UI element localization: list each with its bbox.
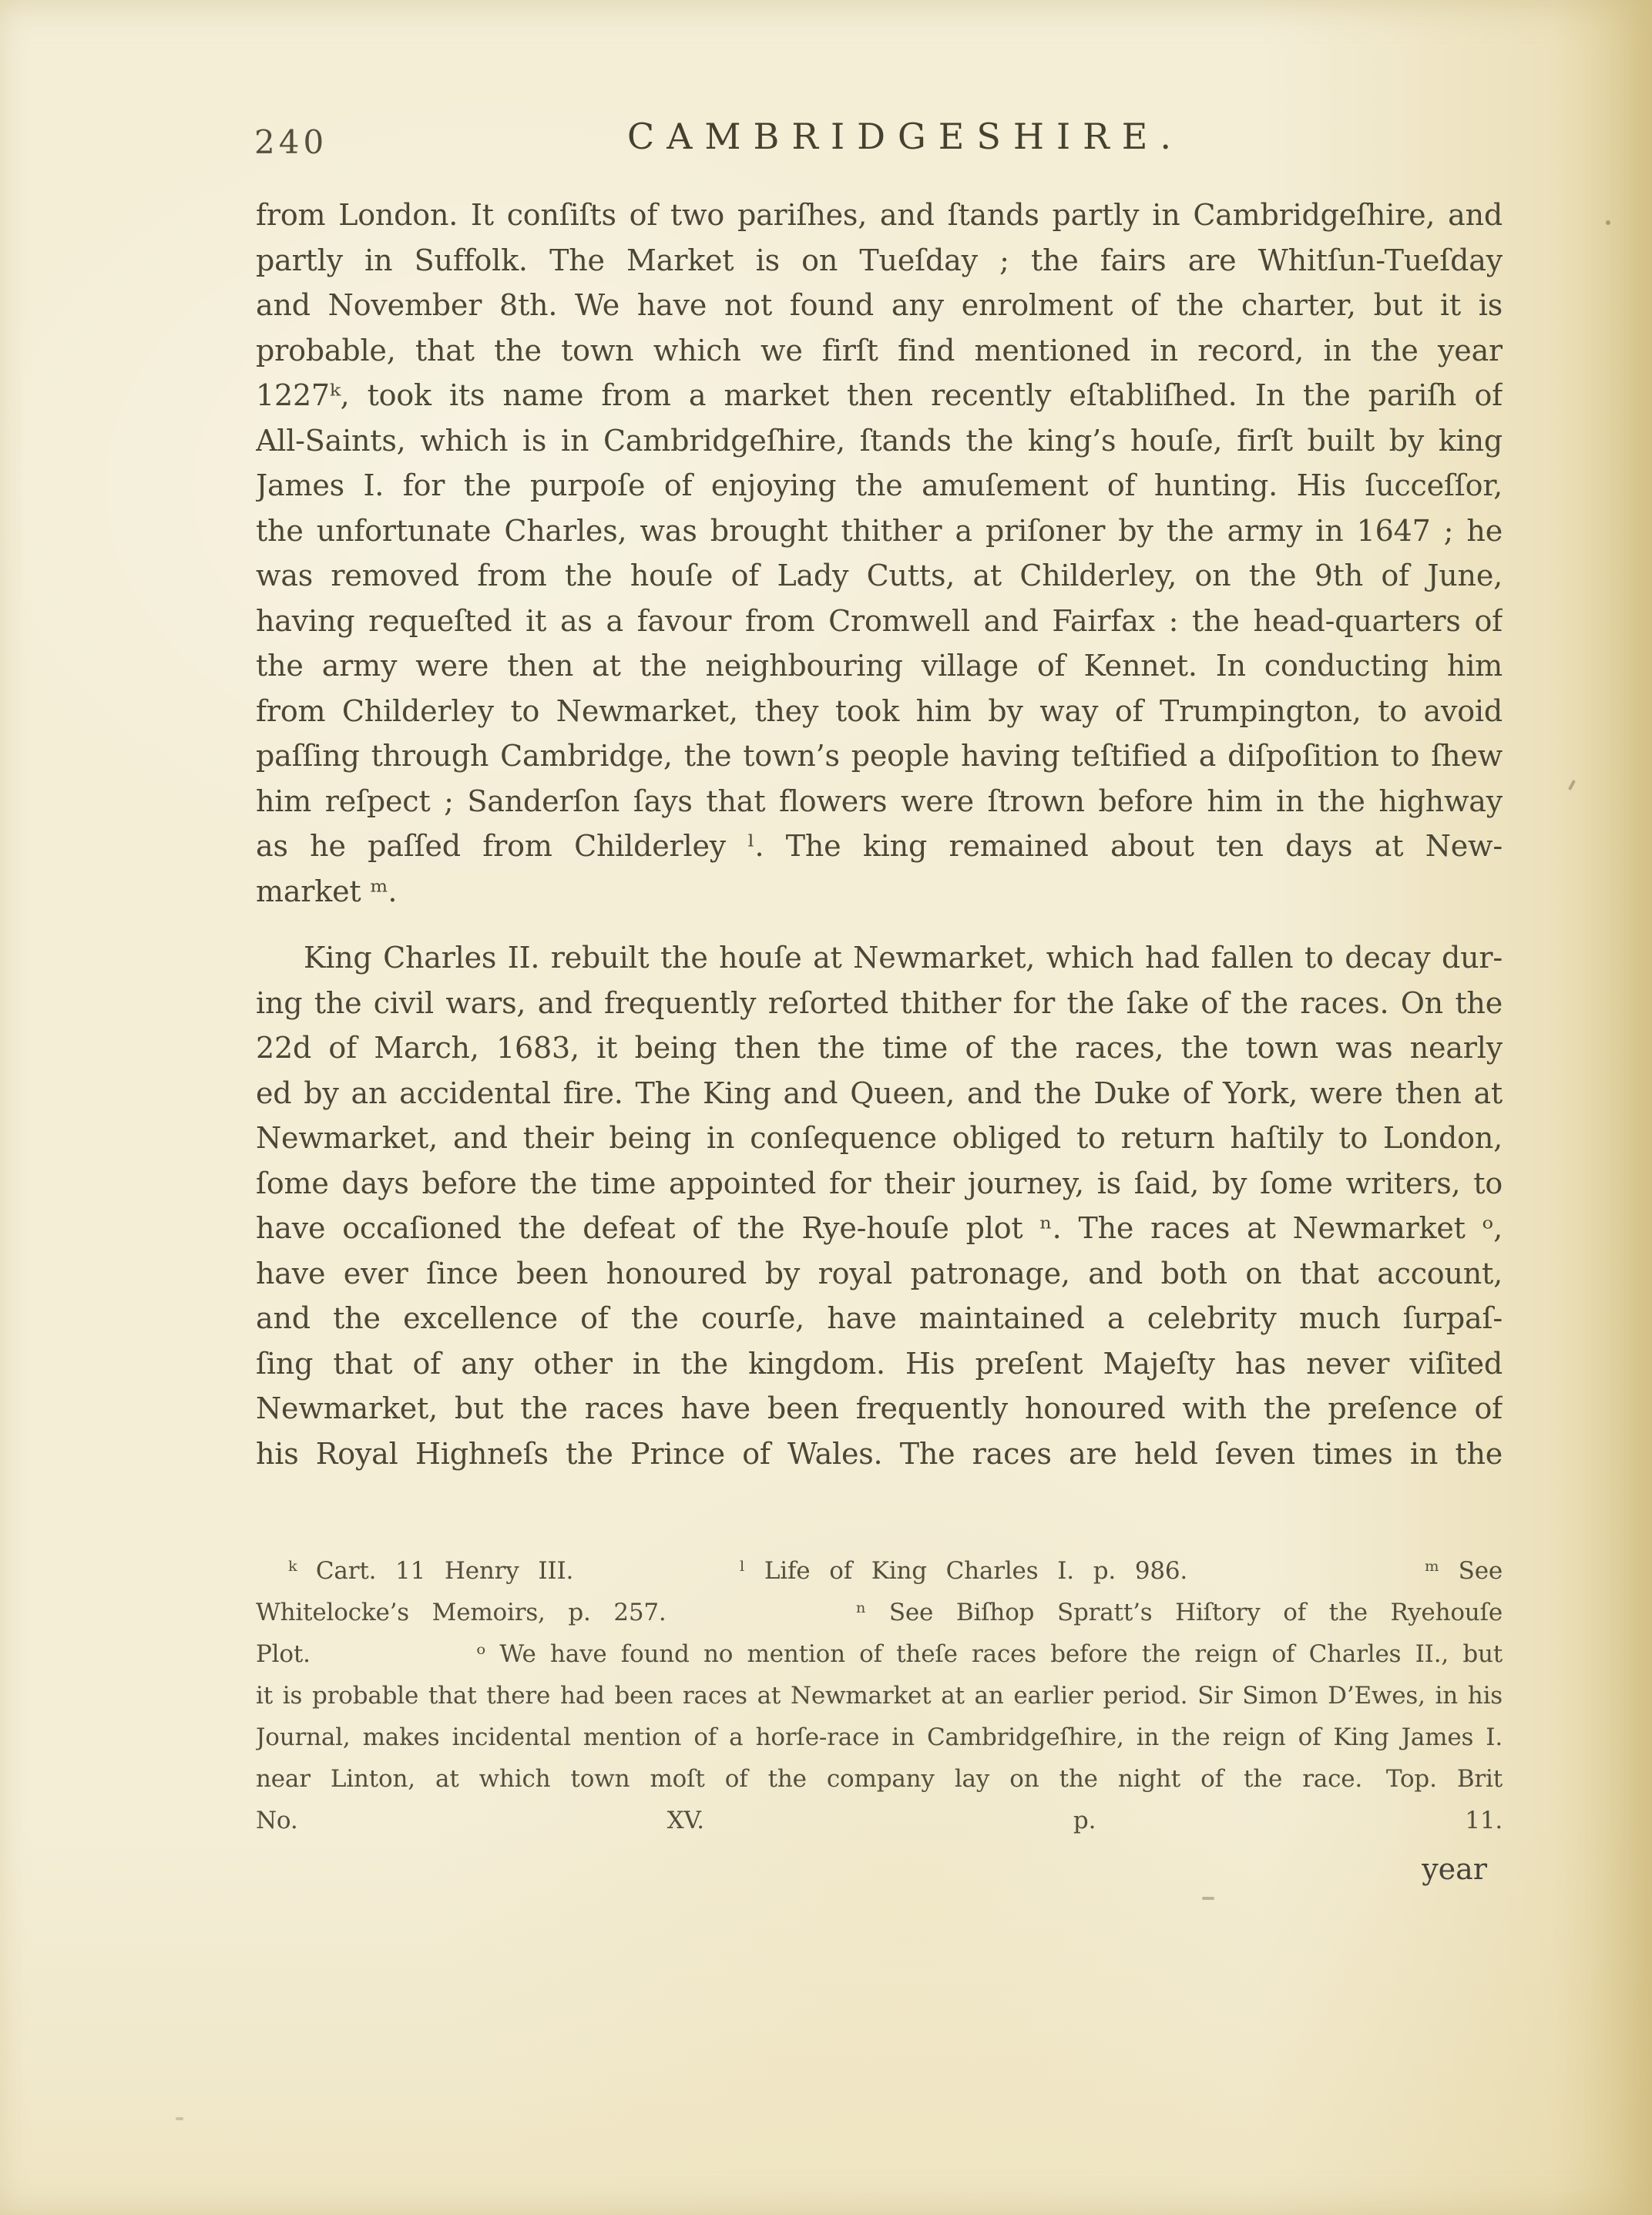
text-line: from Childerley to Newmarket, they took … bbox=[256, 689, 1503, 734]
ink-speck bbox=[1568, 780, 1576, 790]
paragraph-1: from London. It conſiſts of two pariſhes… bbox=[256, 193, 1503, 914]
text-line: ed by an accidental fire. The King and Q… bbox=[256, 1071, 1503, 1116]
ink-speck bbox=[176, 2117, 183, 2120]
text-line: ſome days before the time appointed for … bbox=[256, 1161, 1503, 1207]
text-line: probable, that the town which we firſt f… bbox=[256, 328, 1503, 374]
text-line: have ever ſince been honoured by royal p… bbox=[256, 1251, 1503, 1297]
text-line: the unfortunate Charles, was brought thi… bbox=[256, 508, 1503, 554]
footnote-line: near Linton, at which town moſt of the c… bbox=[256, 1758, 1503, 1800]
footnote-line: Plot. ᵒ We have found no mention of theſ… bbox=[256, 1633, 1503, 1675]
footnote-line: it is probable that there had been races… bbox=[256, 1675, 1503, 1717]
text-line: market ᵐ. bbox=[256, 869, 1503, 915]
text-line: ſing that of any other in the kingdom. H… bbox=[256, 1341, 1503, 1387]
text-line: King Charles II. rebuilt the houſe at Ne… bbox=[256, 935, 1503, 981]
text-line: him reſpect ; Sanderſon ſays that flower… bbox=[256, 779, 1503, 824]
book-page: 240 CAMBRIDGESHIRE. from London. It conſ… bbox=[0, 0, 1652, 2215]
page-number: 240 bbox=[254, 123, 327, 161]
catchword: year bbox=[1422, 1852, 1487, 1886]
running-title: CAMBRIDGESHIRE. bbox=[593, 116, 1217, 157]
footnote-line: ᵏ Cart. 11 Henry III. ˡ Life of King Cha… bbox=[256, 1550, 1503, 1592]
text-line: his Royal Highneſs the Prince of Wales. … bbox=[256, 1431, 1503, 1477]
text-line: as he paſſed from Childerley ˡ. The king… bbox=[256, 824, 1503, 869]
text-line: and November 8th. We have not found any … bbox=[256, 283, 1503, 328]
footnotes: ᵏ Cart. 11 Henry III. ˡ Life of King Cha… bbox=[256, 1550, 1503, 1841]
ink-speck bbox=[1202, 1897, 1214, 1900]
text-line: 1227ᵏ, took its name from a market then … bbox=[256, 373, 1503, 418]
text-line: from London. It conſiſts of two pariſhes… bbox=[256, 193, 1503, 238]
text-line: James I. for the purpoſe of enjoying the… bbox=[256, 463, 1503, 508]
text-line: was removed from the houſe of Lady Cutts… bbox=[256, 553, 1503, 599]
paragraph-2: King Charles II. rebuilt the houſe at Ne… bbox=[256, 935, 1503, 1476]
text-line: partly in Suffolk. The Market is on Tueſ… bbox=[256, 238, 1503, 284]
body-text: from London. It conſiſts of two pariſhes… bbox=[256, 193, 1503, 1476]
text-line: 22d of March, 1683, it being then the ti… bbox=[256, 1025, 1503, 1071]
footnote-line: Whitelocke’s Memoirs, p. 257. ⁿ See Biſh… bbox=[256, 1592, 1503, 1633]
text-line: the army were then at the neighbouring v… bbox=[256, 643, 1503, 689]
ink-speck bbox=[1606, 220, 1610, 225]
text-line: All-Saints, which is in Cambridgeſhire, … bbox=[256, 418, 1503, 464]
footnote-line: Journal, makes incidental mention of a h… bbox=[256, 1717, 1503, 1758]
text-line: Newmarket, and their being in conſequenc… bbox=[256, 1116, 1503, 1161]
text-line: and the excellence of the courſe, have m… bbox=[256, 1296, 1503, 1341]
text-line: having requeſted it as a favour from Cro… bbox=[256, 599, 1503, 644]
text-line: have occaſioned the defeat of the Rye-ho… bbox=[256, 1206, 1503, 1251]
text-line: ing the civil wars, and frequently reſor… bbox=[256, 981, 1503, 1026]
footnote-line: No. XV. p. 11. bbox=[256, 1800, 1503, 1841]
text-line: Newmarket, but the races have been frequ… bbox=[256, 1386, 1503, 1431]
text-line: paſſing through Cambridge, the town’s pe… bbox=[256, 733, 1503, 779]
